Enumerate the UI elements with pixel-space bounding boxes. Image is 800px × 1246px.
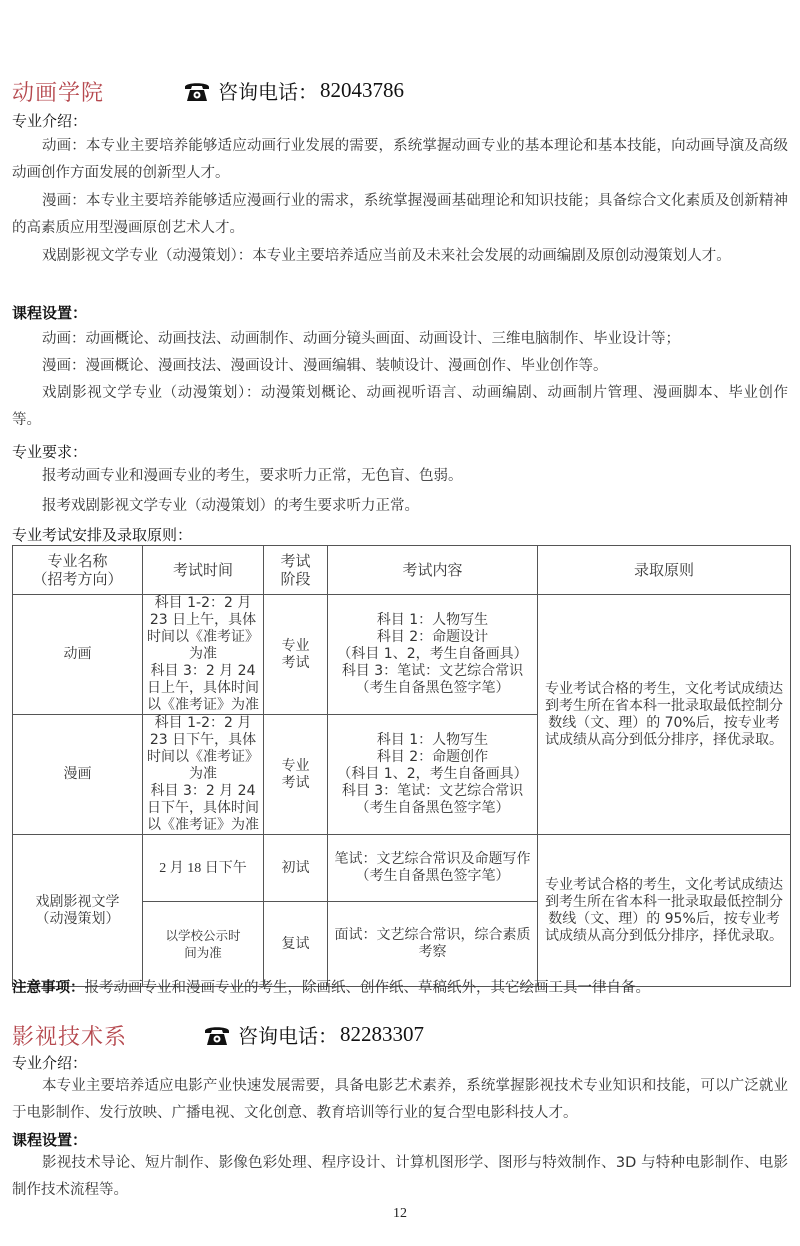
course-comics: 漫画：漫画概论、漫画技法、漫画设计、漫画编辑、装帧设计、漫画创作、毕业创作等。 xyxy=(12,353,788,380)
cell-stage: 专业 考试 xyxy=(264,715,328,835)
cell-content: 科目 1：人物写生 科目 2：命题设计 （科目 1、2，考生自备画具） 科目 3… xyxy=(328,595,538,715)
requirements-heading: 专业要求： xyxy=(12,441,87,462)
dept-name: 动画学院 xyxy=(12,76,104,107)
cell-content: 笔试：文艺综合常识及命题写作（考生自备黑色签字笔） xyxy=(328,835,538,902)
col-header-major: 专业名称 （招考方向） xyxy=(13,546,143,595)
cell-rule: 专业考试合格的考生，文化考试成绩达到考生所在省本科一批录取最低控制分数线（文、理… xyxy=(538,835,791,987)
cell-major: 动画 xyxy=(13,595,143,715)
col-header-content: 考试内容 xyxy=(328,546,538,595)
course-film-tech: 影视技术导论、短片制作、影像色彩处理、程序设计、计算机图形学、图形与特效制作、3… xyxy=(12,1150,788,1204)
course-heading: 课程设置： xyxy=(12,302,87,323)
notice: 注意事项：报考动画专业和漫画专业的考生，除画纸、创作纸、草稿纸外，其它绘画工具一… xyxy=(12,976,650,997)
intro-heading: 专业介绍： xyxy=(12,1052,87,1073)
cell-content: 面试：文艺综合常识，综合素质考察 xyxy=(328,902,538,987)
table-heading: 专业考试安排及录取原则： xyxy=(12,524,192,545)
cell-time: 以学校公示时间为准 xyxy=(143,902,264,987)
cell-stage: 初试 xyxy=(264,835,328,902)
cell-time: 科目 1-2：2 月 23 日上午，具体时间以《准考证》为准 科目 3：2 月 … xyxy=(143,595,264,715)
page-number: 12 xyxy=(0,1206,800,1222)
intro-film-tech: 本专业主要培养适应电影产业快速发展需要，具备电影艺术素养，系统掌握影视技术专业知… xyxy=(12,1073,788,1127)
dept-header-film-tech: 影视技术系 咨询电话： 82283307 xyxy=(12,1020,792,1056)
telephone-icon xyxy=(204,1024,230,1046)
document-page: 动画学院 咨询电话： 82043786 专业介绍： 动画：本专业主要培养能够适应… xyxy=(0,0,800,1246)
requirement-2: 报考戏剧影视文学专业（动漫策划）的考生要求听力正常。 xyxy=(12,493,788,520)
phone-label: 咨询电话： xyxy=(238,1020,338,1049)
cell-stage: 专业 考试 xyxy=(264,595,328,715)
col-header-time: 考试时间 xyxy=(143,546,264,595)
col-header-stage: 考试 阶段 xyxy=(264,546,328,595)
phone-number: 82283307 xyxy=(340,1022,424,1047)
course-drama: 戏剧影视文学专业（动漫策划）：动漫策划概论、动画视听语言、动画编剧、动画制片管理… xyxy=(12,380,788,434)
col-header-rule: 录取原则 xyxy=(538,546,791,595)
phone-label: 咨询电话： xyxy=(218,76,318,105)
phone-number: 82043786 xyxy=(320,78,404,103)
exam-schedule-table: 专业名称 （招考方向） 考试时间 考试 阶段 考试内容 录取原则 动画 科目 1… xyxy=(12,545,791,987)
intro-heading: 专业介绍： xyxy=(12,110,87,131)
cell-stage: 复试 xyxy=(264,902,328,987)
dept-header-animation: 动画学院 咨询电话： 82043786 xyxy=(12,76,792,112)
course-animation: 动画：动画概论、动画技法、动画制作、动画分镜头画面、动画设计、三维电脑制作、毕业… xyxy=(12,326,788,353)
telephone-icon xyxy=(184,80,210,102)
cell-major: 戏剧影视文学 （动漫策划） xyxy=(13,835,143,987)
intro-comics: 漫画：本专业主要培养能够适应漫画行业的需求，系统掌握漫画基础理论和知识技能；具备… xyxy=(12,188,788,242)
cell-content: 科目 1：人物写生 科目 2：命题创作 （科目 1、2，考生自备画具） 科目 3… xyxy=(328,715,538,835)
cell-major: 漫画 xyxy=(13,715,143,835)
course-heading: 课程设置： xyxy=(12,1129,87,1150)
intro-drama: 戏剧影视文学专业（动漫策划）：本专业主要培养适应当前及未来社会发展的动画编剧及原… xyxy=(12,243,788,270)
cell-rule: 专业考试合格的考生，文化考试成绩达到考生所在省本科一批录取最低控制分数线（文、理… xyxy=(538,595,791,835)
dept-name: 影视技术系 xyxy=(12,1020,127,1051)
notice-text: 报考动画专业和漫画专业的考生，除画纸、创作纸、草稿纸外，其它绘画工具一律自备。 xyxy=(85,980,651,996)
table-row: 动画 科目 1-2：2 月 23 日上午，具体时间以《准考证》为准 科目 3：2… xyxy=(13,595,791,715)
intro-animation: 动画：本专业主要培养能够适应动画行业发展的需要，系统掌握动画专业的基本理论和基本… xyxy=(12,133,788,187)
requirement-1: 报考动画专业和漫画专业的考生，要求听力正常，无色盲、色弱。 xyxy=(12,463,788,490)
consult-phone: 咨询电话： 82283307 xyxy=(204,1020,424,1049)
notice-label: 注意事项： xyxy=(12,980,85,996)
cell-time: 科目 1-2：2 月 23 日下午，具体时间以《准考证》为准 科目 3：2 月 … xyxy=(143,715,264,835)
table-row: 戏剧影视文学 （动漫策划） 2 月 18 日下午 初试 笔试：文艺综合常识及命题… xyxy=(13,835,791,902)
cell-time: 2 月 18 日下午 xyxy=(143,835,264,902)
consult-phone: 咨询电话： 82043786 xyxy=(184,76,404,105)
table-header-row: 专业名称 （招考方向） 考试时间 考试 阶段 考试内容 录取原则 xyxy=(13,546,791,595)
